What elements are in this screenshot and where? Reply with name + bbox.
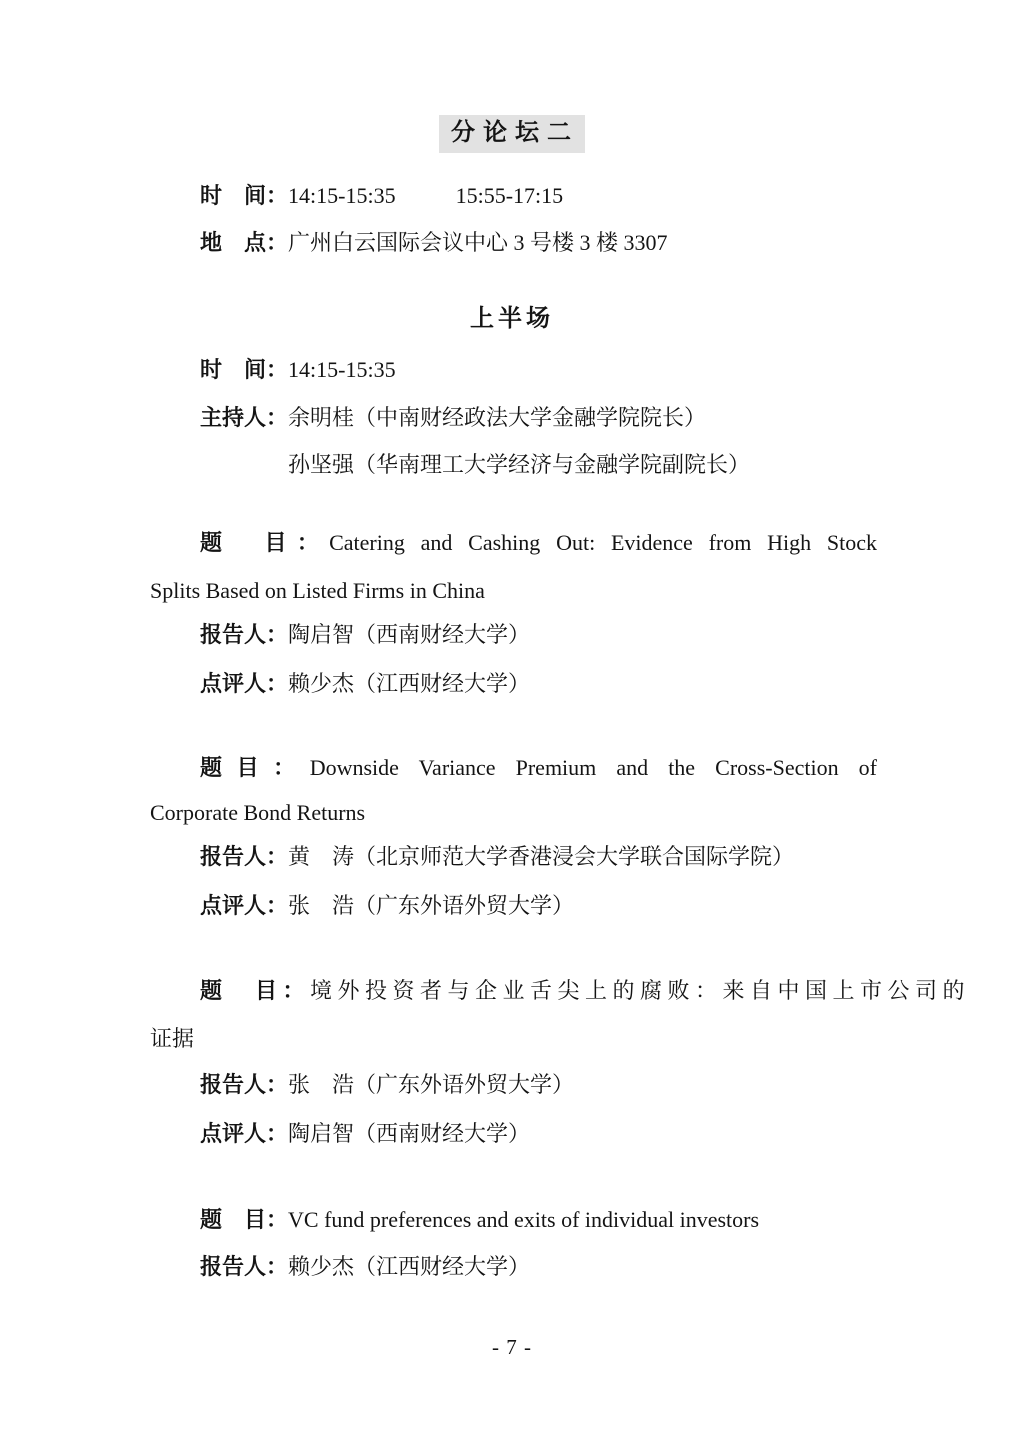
chair-2: 孙坚强（华南理工大学经济与金融学院副院长） — [288, 450, 750, 480]
presentation-2-title-line-1: 题目：Downside Variance Premium and the Cro… — [200, 753, 877, 783]
presenter-value: 赖少杰（江西财经大学） — [288, 1254, 530, 1279]
presentation-2-discussant-line: 点评人：张 浩（广东外语外贸大学） — [200, 891, 574, 921]
title-text: VC fund preferences and exits of individ… — [288, 1207, 759, 1232]
title-label: 题 目： — [200, 1207, 288, 1232]
presenter-label: 报告人： — [200, 622, 288, 647]
presentation-3-discussant-line: 点评人：陶启智（西南财经大学） — [200, 1119, 530, 1149]
discussant-value: 陶启智（西南财经大学） — [288, 1121, 530, 1146]
time-label: 时 间： — [200, 183, 288, 208]
title-label: 题 目： — [200, 978, 310, 1003]
forum-title: 分论坛二 — [0, 118, 1024, 148]
presentation-2-title-line-2: Corporate Bond Returns — [150, 798, 365, 828]
title-text: Catering and Cashing Out: Evidence from … — [329, 530, 877, 555]
title-label: 题目： — [200, 755, 310, 780]
discussant-value: 赖少杰（江西财经大学） — [288, 671, 530, 696]
title-text: Downside Variance Premium and the Cross-… — [310, 755, 877, 780]
discussant-label: 点评人： — [200, 671, 288, 696]
presentation-3-title-line-1: 题 目：境外投资者与企业舌尖上的腐败：来自中国上市公司的 — [200, 976, 970, 1006]
document-page: 分论坛二 时 间：14:15-15:3515:55-17:15 地 点：广州白云… — [0, 0, 1024, 1448]
session-time-value: 14:15-15:35 — [288, 357, 396, 382]
presenter-value: 张 浩（广东外语外贸大学） — [288, 1072, 574, 1097]
page-number: - 7 - — [0, 1332, 1024, 1362]
time-value-2: 15:55-17:15 — [456, 183, 564, 208]
discussant-label: 点评人： — [200, 893, 288, 918]
presenter-label: 报告人： — [200, 844, 288, 869]
presentation-3-title-line-2: 证据 — [150, 1024, 194, 1054]
chair-1: 余明桂（中南财经政法大学金融学院院长） — [288, 403, 750, 433]
forum-location-line: 地 点：广州白云国际会议中心 3 号楼 3 楼 3307 — [200, 228, 668, 258]
presentation-1-title-line-2: Splits Based on Listed Firms in China — [150, 576, 485, 606]
forum-time-line: 时 间：14:15-15:3515:55-17:15 — [200, 181, 563, 211]
presentation-3-presenter-line: 报告人：张 浩（广东外语外贸大学） — [200, 1070, 574, 1100]
presentation-2-presenter-line: 报告人：黄 涛（北京师范大学香港浸会大学联合国际学院） — [200, 842, 794, 872]
discussant-value: 张 浩（广东外语外贸大学） — [288, 893, 574, 918]
location-label: 地 点： — [200, 230, 288, 255]
session-time-line: 时 间：14:15-15:35 — [200, 355, 396, 385]
presenter-value: 陶启智（西南财经大学） — [288, 622, 530, 647]
forum-title-highlight: 分论坛二 — [439, 115, 585, 153]
chair-values: 余明桂（中南财经政法大学金融学院院长） 孙坚强（华南理工大学经济与金融学院副院长… — [288, 403, 750, 480]
presentation-4-title-line-1: 题 目：VC fund preferences and exits of ind… — [200, 1205, 759, 1235]
presentation-1-discussant-line: 点评人：赖少杰（江西财经大学） — [200, 669, 530, 699]
location-value: 广州白云国际会议中心 3 号楼 3 楼 3307 — [288, 230, 668, 255]
presentation-4-presenter-line: 报告人：赖少杰（江西财经大学） — [200, 1252, 530, 1282]
session-time-label: 时 间： — [200, 357, 288, 382]
title-label: 题 目： — [200, 530, 329, 555]
presentation-1-presenter-line: 报告人：陶启智（西南财经大学） — [200, 620, 530, 650]
session-chairs: 主持人： 余明桂（中南财经政法大学金融学院院长） 孙坚强（华南理工大学经济与金融… — [200, 403, 750, 480]
presenter-label: 报告人： — [200, 1254, 288, 1279]
session-title: 上半场 — [0, 304, 1024, 334]
presenter-value: 黄 涛（北京师范大学香港浸会大学联合国际学院） — [288, 844, 794, 869]
chair-label: 主持人： — [200, 403, 288, 480]
title-text: 境外投资者与企业舌尖上的腐败：来自中国上市公司的 — [310, 978, 970, 1003]
presenter-label: 报告人： — [200, 1072, 288, 1097]
discussant-label: 点评人： — [200, 1121, 288, 1146]
presentation-1-title-line-1: 题 目：Catering and Cashing Out: Evidence f… — [200, 528, 877, 558]
time-value-1: 14:15-15:35 — [288, 183, 396, 208]
